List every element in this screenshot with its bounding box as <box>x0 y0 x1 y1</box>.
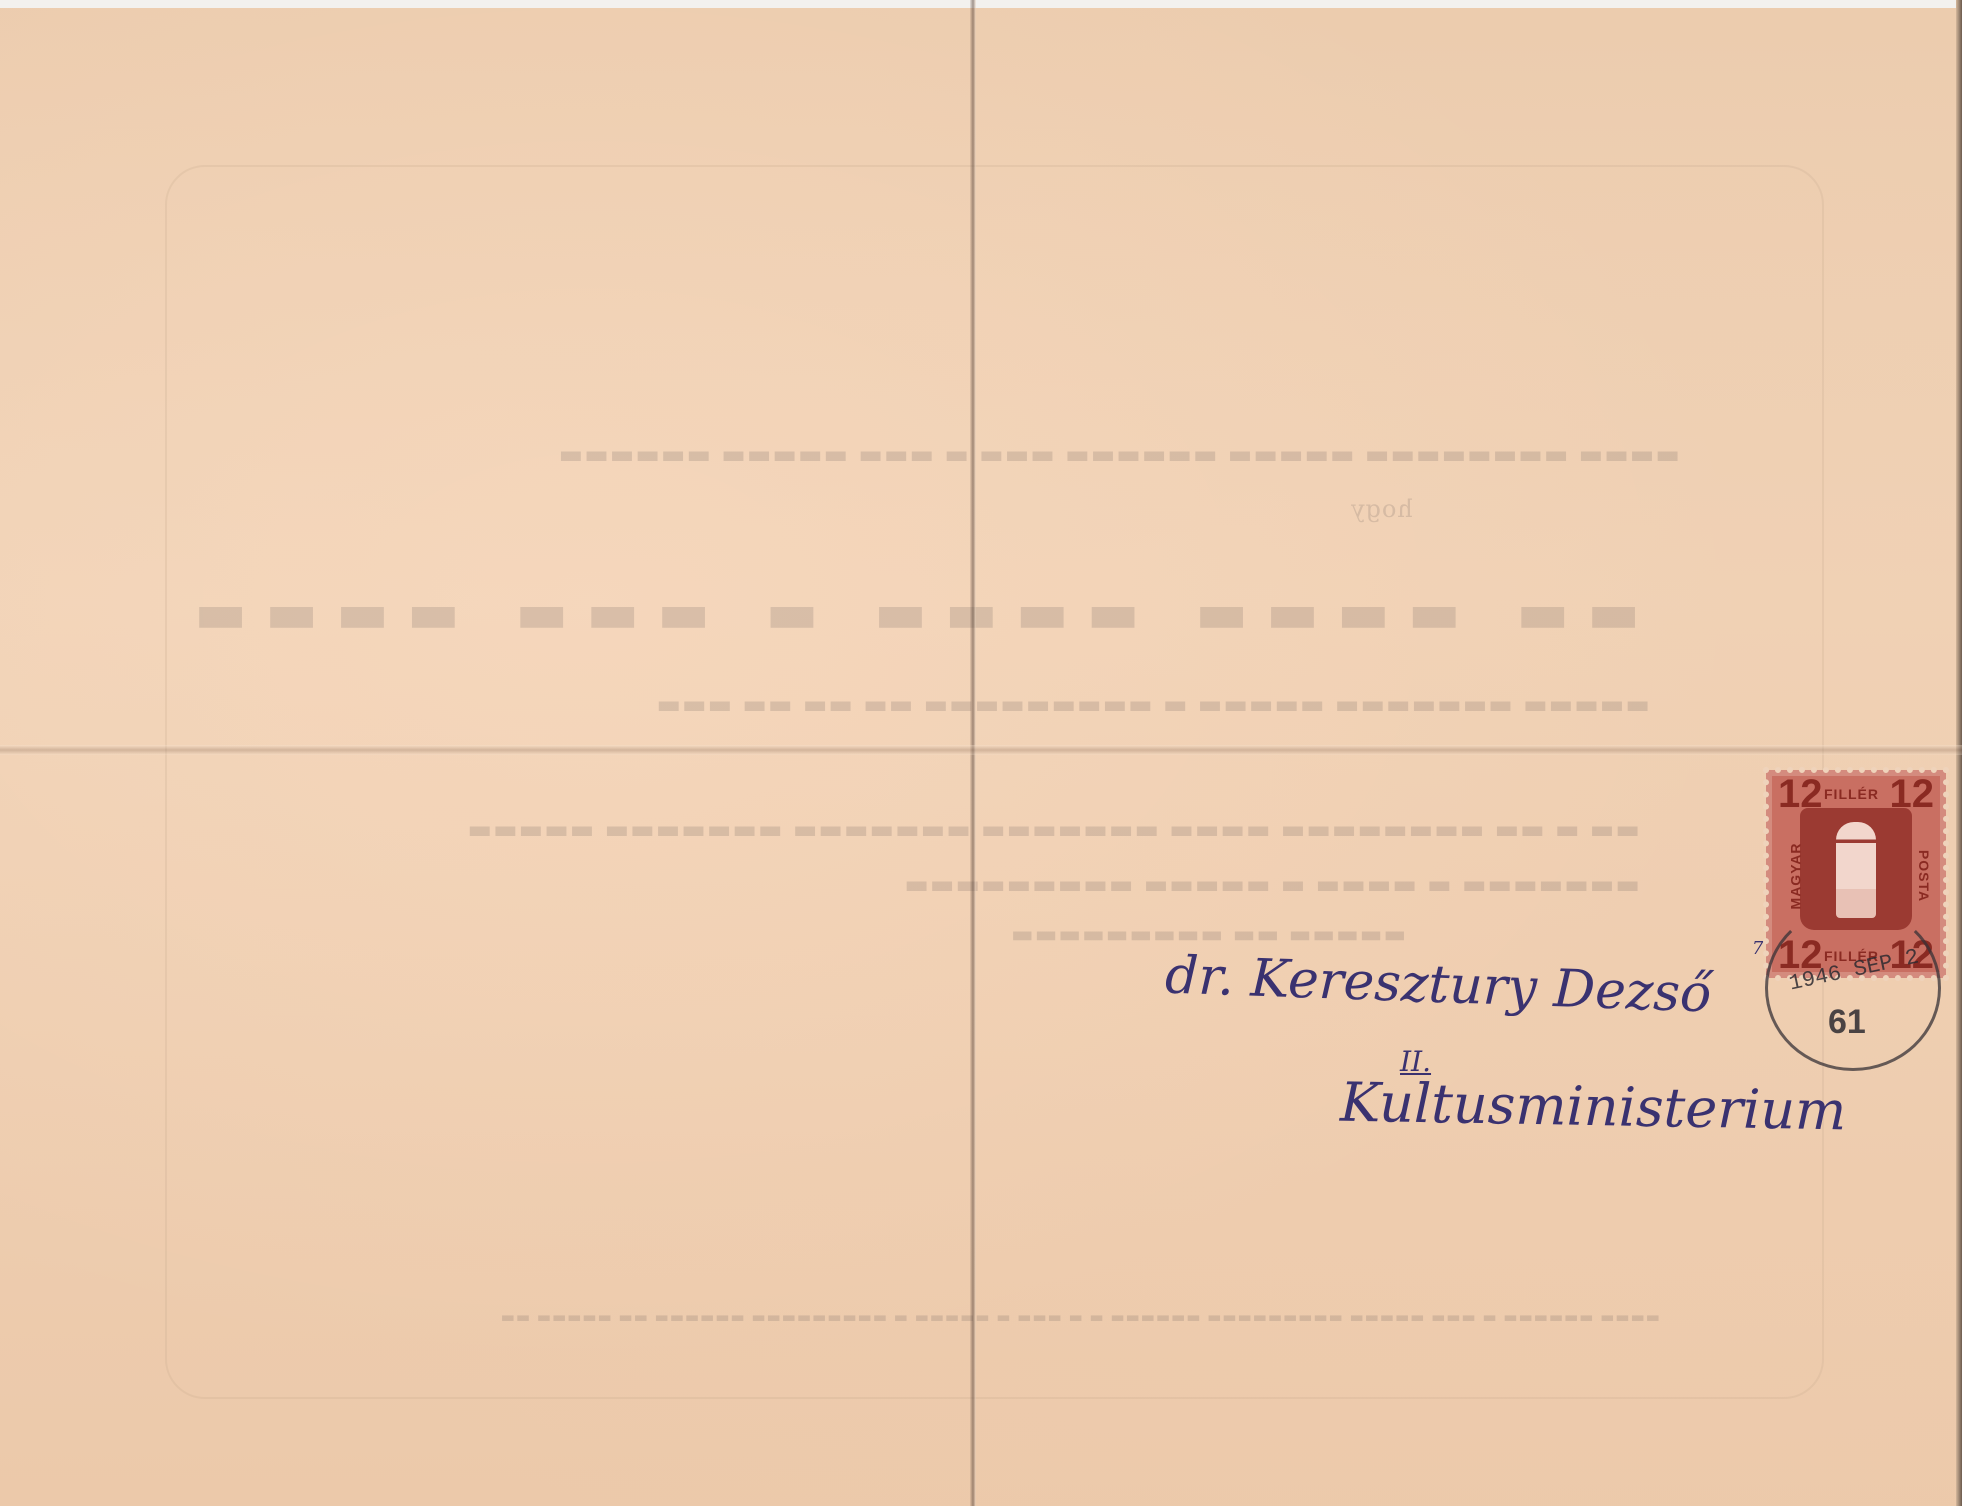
stamp-country: MAGYAR <box>1787 843 1803 910</box>
bleed-through-line: ▬▬ ▬ ▬▬ ▬▬▬▬▬▬▬▬ ▬▬▬▬ ▬▬▬▬▬▬▬ ▬▬▬▬▬▬▬ ▬▬… <box>320 815 1640 845</box>
bleed-through-line: ▬▬▬▬▬ ▬▬▬▬▬▬▬ ▬▬▬▬▬ ▬ ▬▬▬▬▬▬▬▬▬ ▬▬ ▬▬ ▬▬… <box>350 690 1650 720</box>
bleed-through-line: ▬▬▬▬▬▬▬ ▬ ▬▬▬▬ ▬ ▬▬▬▬▬ ▬▬▬▬▬▬▬▬▬ <box>540 870 1640 900</box>
stamp-value: 12 <box>1778 772 1823 817</box>
bleed-through-line: ▬▬▬▬▬ ▬▬ ▬▬▬▬▬▬▬▬▬ <box>1010 920 1406 948</box>
stamp-value: 12 <box>1890 772 1935 817</box>
paper-sheet: ▬▬▬▬ ▬▬▬▬▬▬▬▬ ▬▬▬▬▬ ▬▬▬▬▬▬ ▬▬▬ ▬ ▬▬▬ ▬▬▬… <box>0 0 1962 1506</box>
postmark-office-number: 61 <box>1828 1003 1866 1042</box>
stamp-posta: POSTA <box>1916 850 1932 902</box>
recipient-department: Kultusministerium <box>1339 1071 1846 1143</box>
bleed-through-heading: ▬▬ ▬▬▬▬ ▬▬▬▬ ▬ ▬▬▬ ▬▬▬▬ <box>340 580 1640 646</box>
postmark-date: 1946 SEP 2 <box>1787 945 1921 997</box>
small-mark: 7 <box>1752 938 1763 959</box>
bleed-through-line: ▬▬▬▬ ▬▬▬▬▬▬▬▬ ▬▬▬▬▬ ▬▬▬▬▬▬ ▬▬▬ ▬ ▬▬▬ ▬▬▬… <box>330 440 1680 470</box>
bleed-through-footer: ▬▬▬▬ ▬▬▬▬▬▬ ▬ ▬▬▬ ▬▬▬▬▬ ▬▬▬▬▬▬▬▬▬ ▬▬▬▬▬▬… <box>320 1308 1660 1326</box>
horizontal-fold-crease <box>0 745 1962 755</box>
blacksmith-icon <box>1836 822 1876 918</box>
printed-frame-border <box>165 165 1824 1399</box>
scan-top-edge <box>0 0 1962 8</box>
postmark-cancel: 1946 SEP 2 61 <box>1765 905 1941 1071</box>
stamp-currency: FILLÉR <box>1824 786 1879 802</box>
bleed-through-word: hogy <box>1350 495 1413 523</box>
